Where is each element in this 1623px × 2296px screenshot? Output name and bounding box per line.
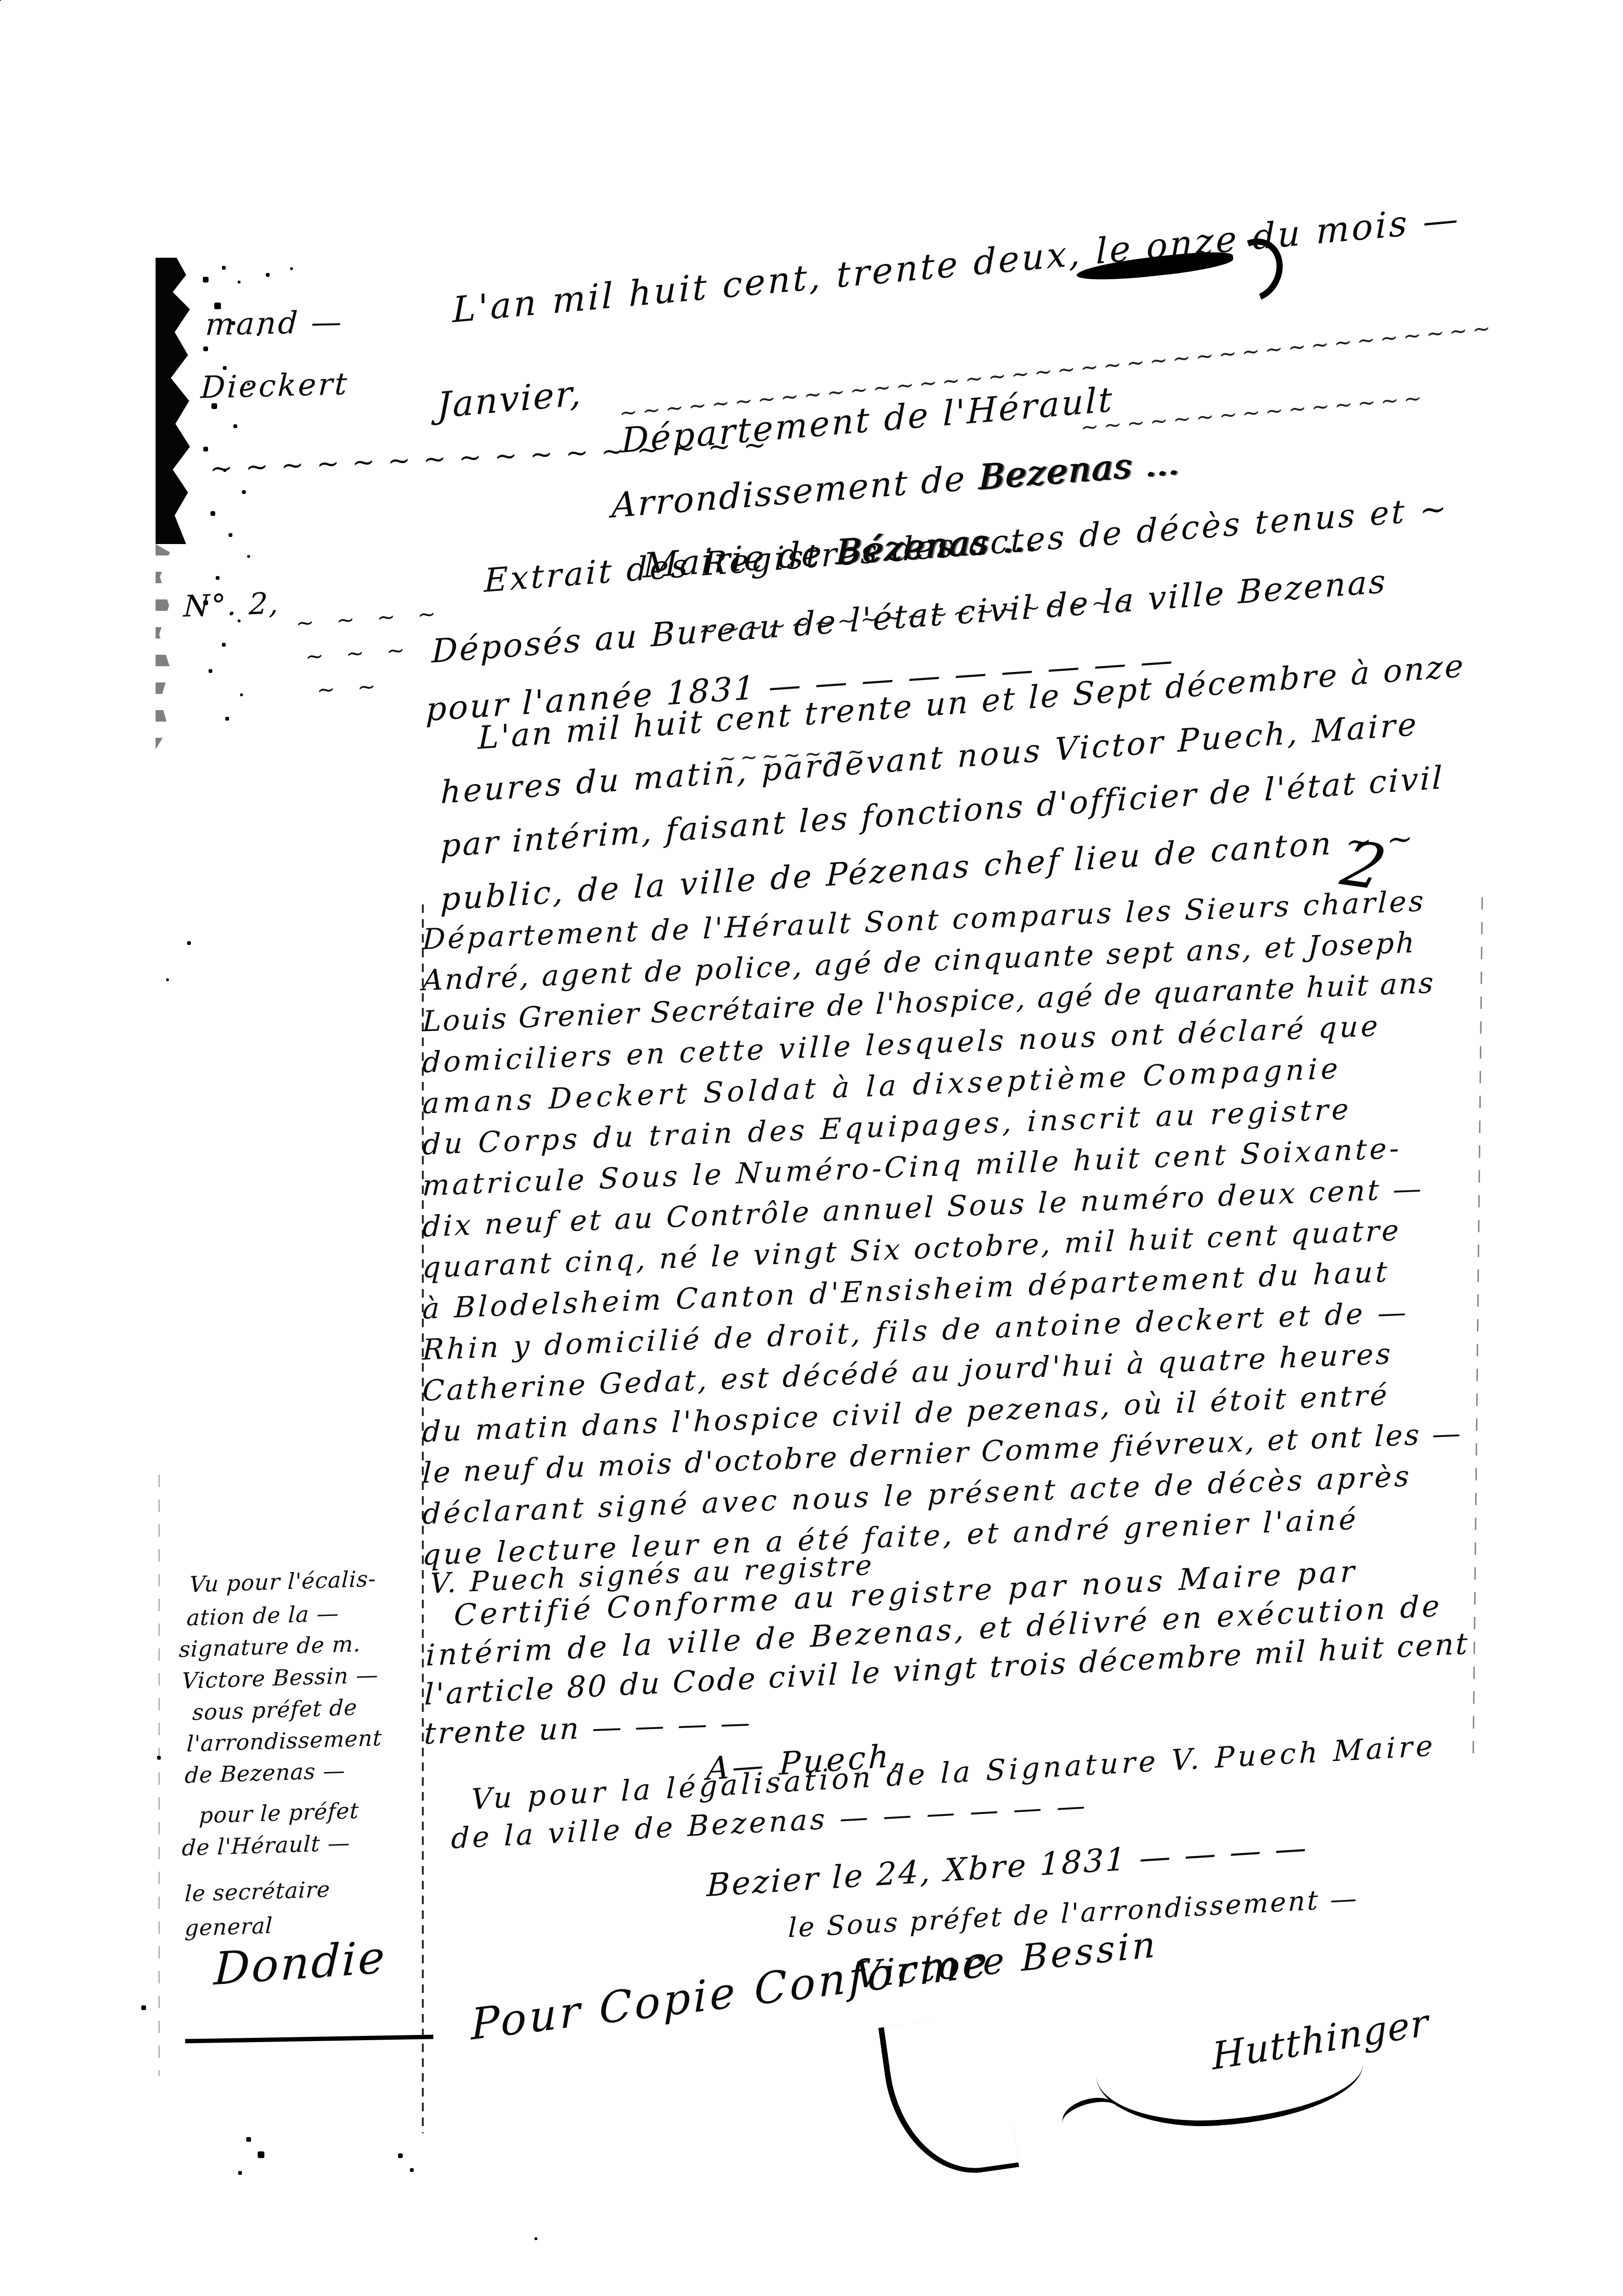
margin-name-fragment-line1: mand —	[205, 306, 345, 341]
arrondissement-label: Arrondissement de	[611, 457, 978, 525]
header-month-line: Janvier,	[437, 375, 582, 425]
margin-note-line: signature de m.	[178, 1632, 361, 1661]
margin-signature-paraph	[185, 2034, 433, 2043]
ink-speckles	[0, 0, 1, 1]
arrondissement-city-overwritten: Bezenas …	[978, 441, 1181, 497]
margin-note-line: sous préfet de	[192, 1696, 358, 1724]
margin-name-fragment-line2: Dieckert	[200, 368, 349, 404]
margin-note-line: Vu pour l'écalis-	[189, 1567, 377, 1596]
margin-note-line: de l'Hérault —	[181, 1831, 351, 1859]
left-stitch-line	[158, 1475, 160, 2076]
record-squiggle-row3: ~ ~	[316, 674, 384, 702]
final-signature-swoosh	[1096, 2057, 1366, 2134]
margin-note-line: l'arrondissement	[186, 1726, 382, 1755]
record-squiggle-row1: ~ ~ ~ ~	[295, 601, 444, 635]
right-fold-crease	[1473, 897, 1483, 1756]
margin-note-line: Victore Bessin —	[181, 1663, 379, 1692]
margin-note-line: pour le préfet	[199, 1799, 359, 1827]
header-department-filler: ~~~~~~~~~~~~~~~	[1079, 386, 1428, 440]
scan-edge-band-lower	[156, 544, 170, 749]
margin-note-line: le secrétaire	[184, 1877, 331, 1905]
record-squiggle-row2: ~ ~ ~	[304, 638, 413, 668]
certification-line: trente un — — — —	[424, 1707, 753, 1749]
bessin-signature-flourish	[878, 2011, 1019, 2184]
margin-note-line: ation de la —	[186, 1602, 339, 1629]
record-number: N°. 2,	[183, 587, 281, 622]
scanned-death-record-page: mand — Dieckert ~~~~~~~~~~~~~~~~ N°. 2, …	[0, 0, 1623, 2296]
margin-note-signature: Dondie	[213, 1934, 387, 1993]
margin-note-line: general	[184, 1914, 273, 1940]
margin-note-line: de Bezenas —	[184, 1759, 346, 1787]
scan-edge-band	[156, 258, 194, 544]
header-date-line: L'an mil huit cent, trente deux, le onze…	[452, 200, 1460, 329]
